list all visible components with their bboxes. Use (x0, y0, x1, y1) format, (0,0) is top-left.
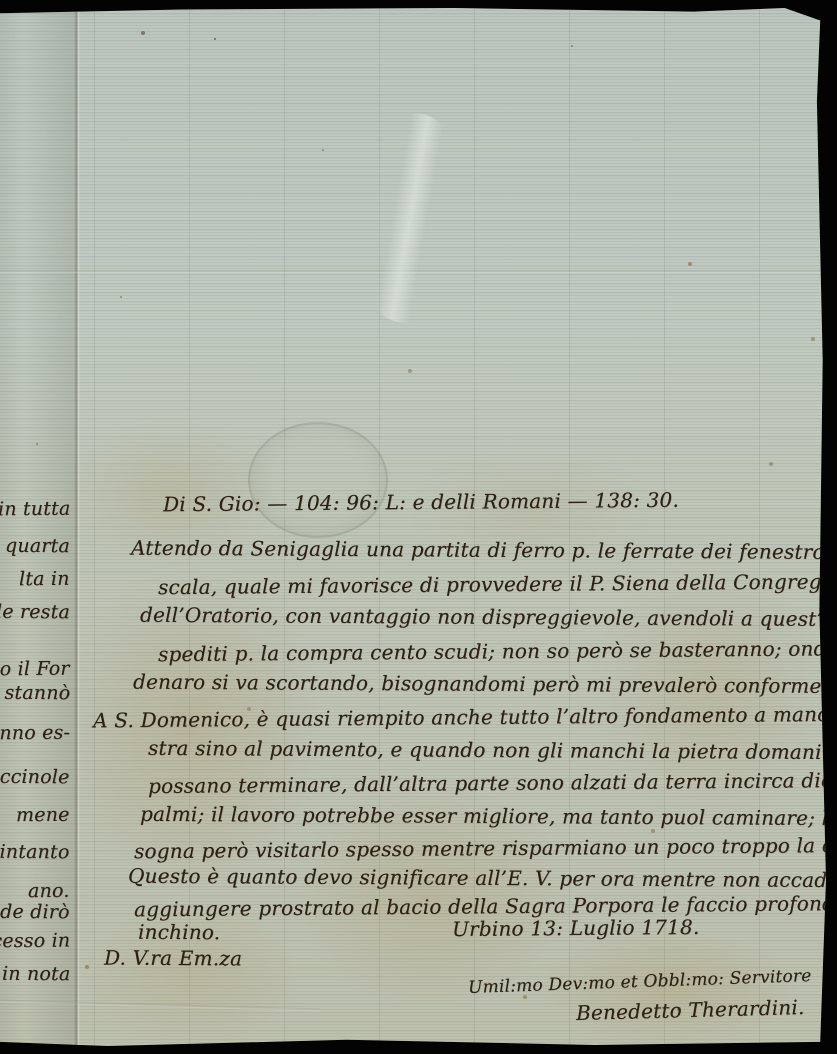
margin-fragment: faccinole (0, 768, 70, 788)
margin-fragment: i stannò (0, 684, 70, 703)
paper-sheet: in tutta quarta lta in uale resta tto il… (0, 8, 826, 1046)
salutation-abbreviation: D. V.ra Em.za (104, 948, 242, 969)
letter-line: scala, quale mi favorisce di provvedere … (158, 571, 837, 597)
facing-page-text-column: in tutta quarta lta in uale resta tto il… (0, 8, 72, 1046)
letter-line: spediti p. la compra cento scudi; non so… (158, 638, 837, 664)
signature-name: Benedetto Therardini. (575, 997, 804, 1023)
margin-fragment: uale resta (0, 603, 70, 623)
letter-line: A S. Domenico, è quasi riempito anche tu… (93, 704, 837, 731)
margin-fragment: mene (16, 806, 70, 825)
letter-line: possano terminare, dall’altra parte sono… (148, 770, 837, 796)
margin-fragment: ascesso in (0, 932, 70, 952)
margin-fragment: tto il For (0, 660, 70, 680)
margin-fragment: in nota (2, 965, 71, 984)
place-date-line: Urbino 13: Luglio 1718. (452, 917, 700, 939)
letter-closing-word: inchino. (138, 922, 220, 943)
letter-line: aggiungere prostrato al bacio della Sagr… (134, 893, 837, 920)
ink-specks (0, 8, 2, 10)
paper-wrinkle (343, 109, 477, 327)
margin-fragment: onde dirò (0, 903, 70, 923)
letter-line: denaro si va scortando, bisognandomi per… (133, 672, 837, 697)
letter-line: stra sino al pavimento, e quando non gli… (148, 738, 837, 762)
margin-fragment: et intanto (0, 843, 70, 863)
margin-fragment: ano. (28, 882, 70, 901)
letter-line: Questo è quanto devo significare all’E. … (128, 866, 837, 891)
margin-fragment: in tutta (0, 500, 70, 520)
letter-line: palmi; il lavoro potrebbe esser migliore… (140, 804, 837, 828)
vertical-fold-crease (74, 8, 80, 1046)
margin-fragment: quarta (5, 537, 70, 556)
signature-courtesy-line: Umil:mo Dev:mo et Obbl:mo: Servitore (468, 968, 812, 997)
margin-fragment: tanno es- (0, 724, 70, 744)
letter-heading-figures: Di S. Gio: — 104: 96: L: e delli Romani … (163, 490, 679, 515)
letter-line: sogna però visitarlo spesso mentre rispa… (134, 835, 837, 862)
letter-line: dell’Oratorio, con vantaggio non dispreg… (140, 605, 837, 630)
circular-watermark (248, 422, 388, 538)
manuscript-scan: { "page": { "kind": "manuscript letter s… (0, 0, 837, 1054)
margin-fragment: lta in (19, 570, 70, 589)
letter-line: Attendo da Senigaglia una partita di fer… (131, 538, 837, 563)
